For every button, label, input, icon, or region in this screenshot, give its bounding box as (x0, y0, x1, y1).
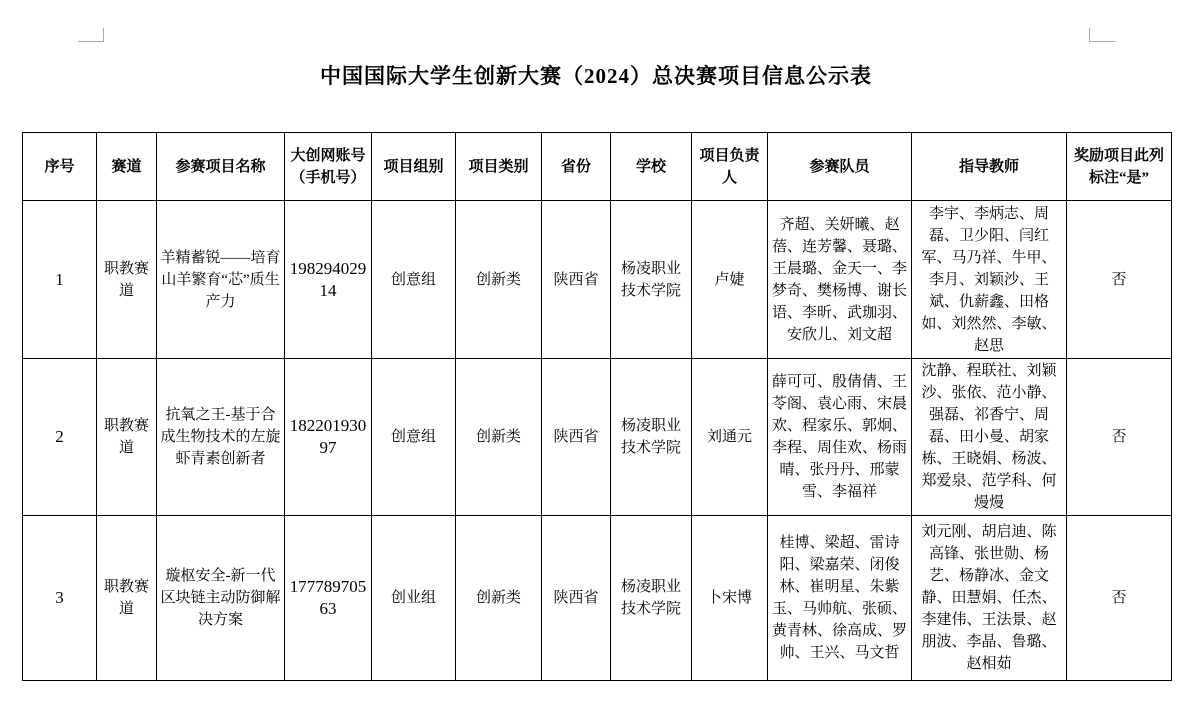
cell-members: 薛可可、殷倩倩、王苓阁、袁心雨、宋晨欢、程家乐、郭炯、李程、周佳欢、杨雨晴、张丹… (768, 359, 912, 516)
header-cell-track: 赛道 (97, 133, 157, 201)
cell-index: 3 (23, 516, 97, 681)
cell-leader: 卢婕 (692, 201, 768, 359)
cell-group: 创意组 (372, 359, 456, 516)
table-header-row: 序号 赛道 参赛项目名称 大创网账号（手机号） 项目组别 项目类别 省份 学校 … (23, 133, 1172, 201)
cell-leader: 刘通元 (692, 359, 768, 516)
header-cell-award: 奖励项目此列标注“是” (1067, 133, 1172, 201)
header-cell-province: 省份 (542, 133, 611, 201)
cell-track: 职教赛道 (97, 516, 157, 681)
cell-members: 桂博、梁超、雷诗阳、梁嘉荣、闭俊林、崔明星、朱紫玉、马帅航、张硕、黄青林、徐高成… (768, 516, 912, 681)
projects-table: 序号 赛道 参赛项目名称 大创网账号（手机号） 项目组别 项目类别 省份 学校 … (22, 132, 1172, 681)
cell-group: 创业组 (372, 516, 456, 681)
header-cell-index: 序号 (23, 133, 97, 201)
cell-advisors: 沈静、程联社、刘颖沙、张依、范小静、强磊、祁香宁、周磊、田小曼、胡家栋、王晓娟、… (912, 359, 1067, 516)
table-row: 3 职教赛道 璇枢安全-新一代区块链主动防御解决方案 17778970563 创… (23, 516, 1172, 681)
cell-award: 否 (1067, 201, 1172, 359)
cell-advisors: 刘元刚、胡启迪、陈高锋、张世勋、杨艺、杨静冰、金文静、田慧娟、任杰、李建伟、王法… (912, 516, 1067, 681)
cell-school: 杨凌职业技术学院 (611, 359, 692, 516)
table-row: 2 职教赛道 抗氧之王-基于合成生物技术的左旋虾青素创新者 1822019309… (23, 359, 1172, 516)
header-cell-project-name: 参赛项目名称 (157, 133, 285, 201)
header-cell-school: 学校 (611, 133, 692, 201)
margin-crop-mark-top-right (1089, 28, 1115, 42)
cell-account: 18220193097 (285, 359, 372, 516)
cell-project-name: 璇枢安全-新一代区块链主动防御解决方案 (157, 516, 285, 681)
cell-account: 17778970563 (285, 516, 372, 681)
header-cell-members: 参赛队员 (768, 133, 912, 201)
cell-index: 2 (23, 359, 97, 516)
cell-award: 否 (1067, 516, 1172, 681)
cell-province: 陕西省 (542, 516, 611, 681)
table-row: 1 职教赛道 羊精蓄锐——培育山羊繁育“芯”质生产力 19829402914 创… (23, 201, 1172, 359)
cell-category: 创新类 (456, 359, 542, 516)
cell-members: 齐超、关妍曦、赵蓓、连芳馨、聂璐、王晨璐、金天一、李梦奇、樊杨博、谢长语、李昕、… (768, 201, 912, 359)
header-cell-group: 项目组别 (372, 133, 456, 201)
header-cell-advisors: 指导教师 (912, 133, 1067, 201)
cell-project-name: 羊精蓄锐——培育山羊繁育“芯”质生产力 (157, 201, 285, 359)
cell-category: 创新类 (456, 516, 542, 681)
cell-advisors: 李宇、李炳志、周磊、卫少阳、闫红军、马乃祥、牛甲、李月、刘颖沙、王斌、仇薪鑫、田… (912, 201, 1067, 359)
cell-school: 杨凌职业技术学院 (611, 516, 692, 681)
cell-province: 陕西省 (542, 201, 611, 359)
cell-award: 否 (1067, 359, 1172, 516)
cell-track: 职教赛道 (97, 359, 157, 516)
header-cell-category: 项目类别 (456, 133, 542, 201)
cell-account: 19829402914 (285, 201, 372, 359)
cell-category: 创新类 (456, 201, 542, 359)
cell-leader: 卜宋博 (692, 516, 768, 681)
cell-track: 职教赛道 (97, 201, 157, 359)
document-page: 中国国际大学生创新大赛（2024）总决赛项目信息公示表 序号 赛道 参赛项目名称… (0, 0, 1192, 708)
margin-crop-mark-top-left (78, 28, 104, 42)
cell-school: 杨凌职业技术学院 (611, 201, 692, 359)
cell-index: 1 (23, 201, 97, 359)
cell-group: 创意组 (372, 201, 456, 359)
header-cell-account: 大创网账号（手机号） (285, 133, 372, 201)
cell-project-name: 抗氧之王-基于合成生物技术的左旋虾青素创新者 (157, 359, 285, 516)
cell-province: 陕西省 (542, 359, 611, 516)
page-title: 中国国际大学生创新大赛（2024）总决赛项目信息公示表 (0, 60, 1192, 90)
header-cell-leader: 项目负责人 (692, 133, 768, 201)
